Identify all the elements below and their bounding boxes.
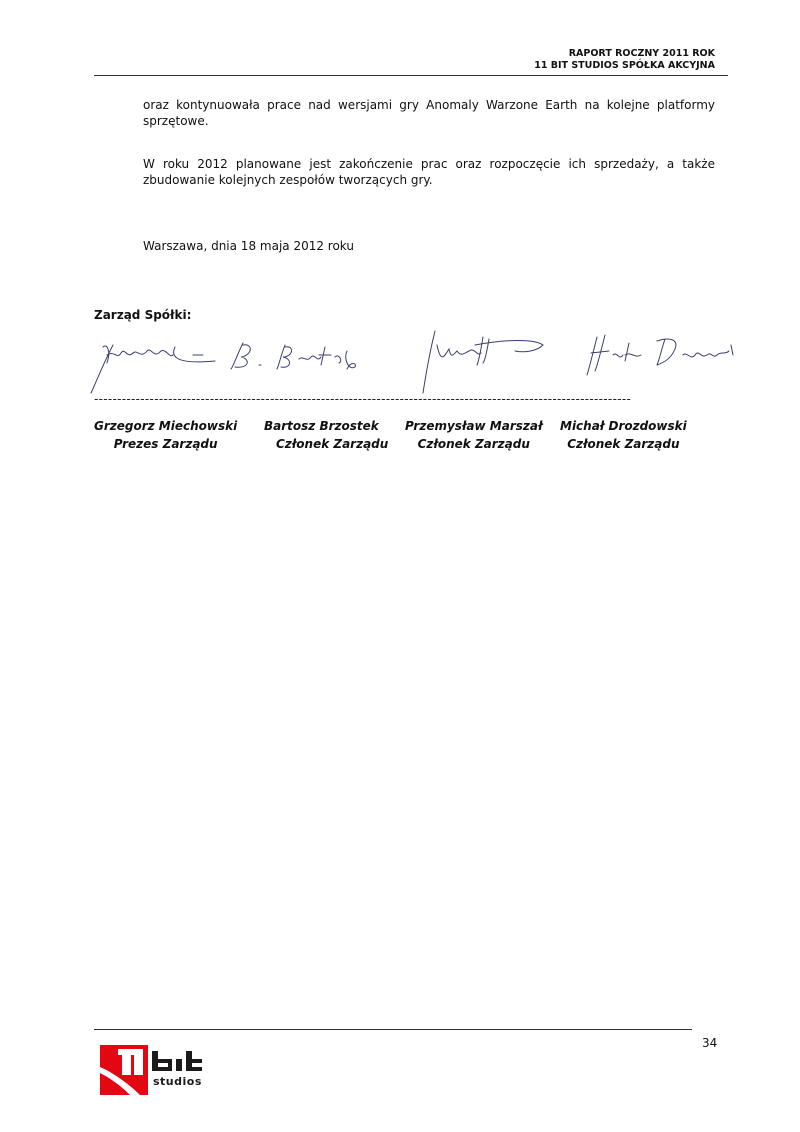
signature-drozdowski	[587, 335, 733, 375]
member-name: Michał Drozdowski	[560, 417, 687, 435]
member-role: Członek Zarządu	[560, 435, 687, 453]
member-role: Prezes Zarządu	[94, 435, 237, 453]
member-name: Bartosz Brzostek	[264, 417, 388, 435]
signature-miechowski	[91, 345, 215, 393]
board-member: Przemysław Marszał Członek Zarządu	[405, 417, 542, 453]
member-role: Członek Zarządu	[276, 435, 388, 453]
header-company-name: 11 BIT STUDIOS SPÓŁKA AKCYJNA	[534, 60, 715, 72]
board-label: Zarząd Spółki:	[94, 308, 191, 322]
footer-divider	[94, 1029, 692, 1030]
page-number: 34	[702, 1036, 717, 1050]
document-header: RAPORT ROCZNY 2011 ROK 11 BIT STUDIOS SP…	[534, 48, 715, 72]
company-logo: studios	[100, 1045, 220, 1095]
header-report-title: RAPORT ROCZNY 2011 ROK	[534, 48, 715, 60]
member-name: Grzegorz Miechowski	[94, 417, 237, 435]
place-and-date: Warszawa, dnia 18 maja 2012 roku	[143, 239, 354, 253]
body-paragraph: W roku 2012 planowane jest zakończenie p…	[143, 156, 715, 188]
board-member: Grzegorz Miechowski Prezes Zarządu	[94, 417, 237, 453]
signature-line: ----------------------------------------…	[94, 392, 689, 406]
board-member: Bartosz Brzostek Członek Zarządu	[264, 417, 388, 453]
svg-text:studios: studios	[153, 1075, 202, 1088]
board-member: Michał Drozdowski Członek Zarządu	[560, 417, 687, 453]
header-divider	[94, 75, 728, 76]
signature-brzostek	[231, 343, 355, 369]
body-paragraph: oraz kontynuowała prace nad wersjami gry…	[143, 97, 715, 129]
signatures	[85, 325, 735, 395]
signature-marszal	[423, 331, 543, 393]
member-role: Członek Zarządu	[405, 435, 542, 453]
member-name: Przemysław Marszał	[405, 417, 542, 435]
